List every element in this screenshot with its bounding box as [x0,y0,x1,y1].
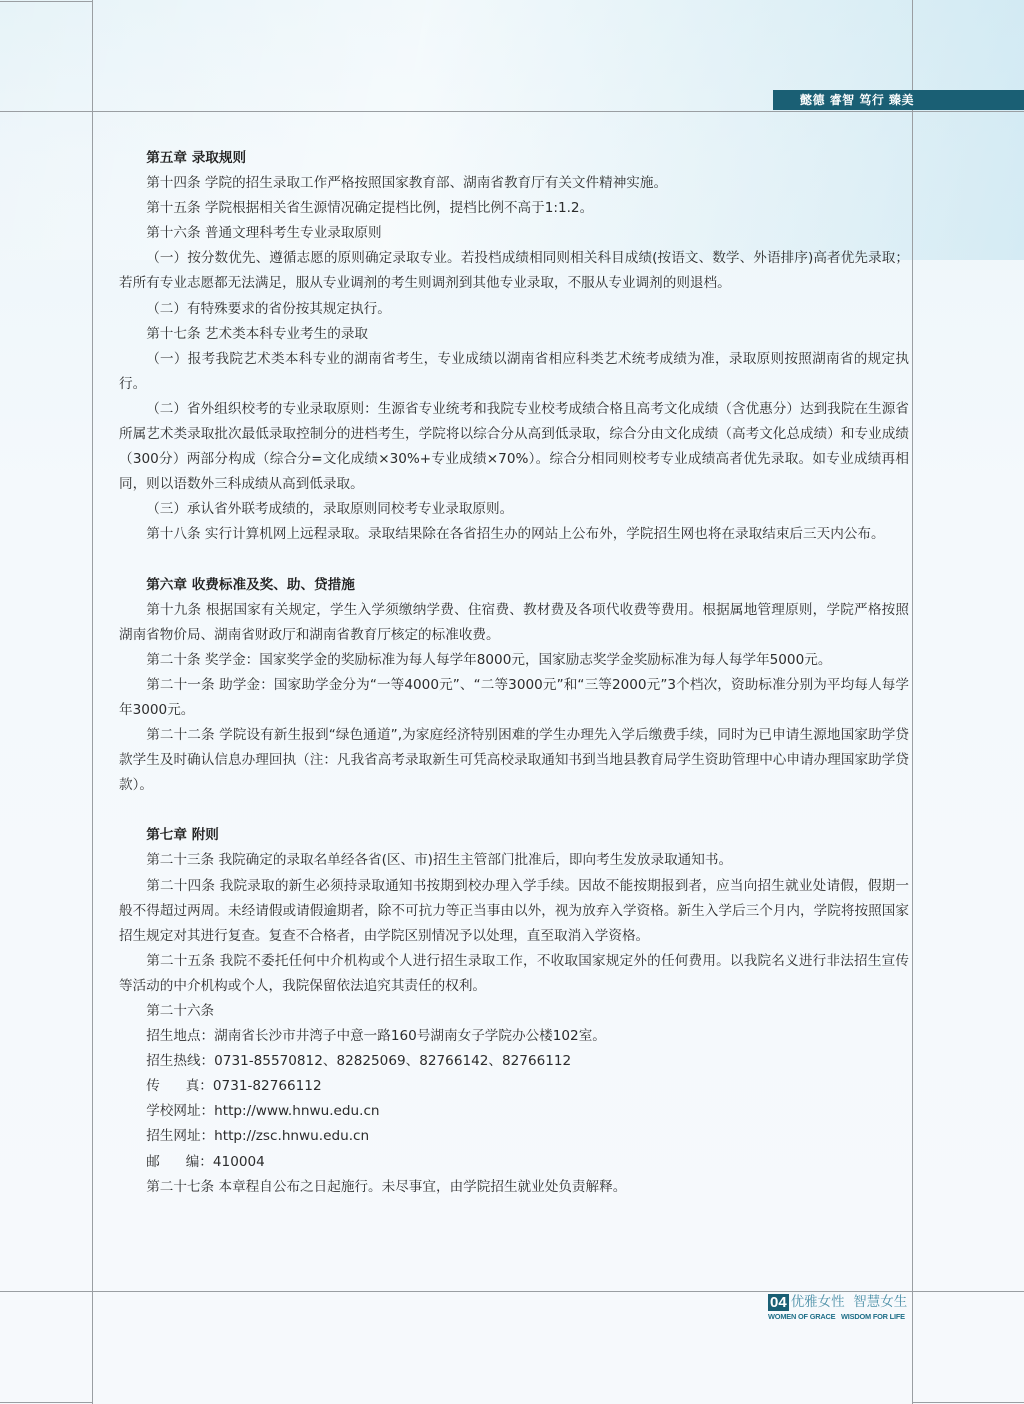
chapter-title: 第六章 收费标准及奖、助、贷措施 [119,573,909,598]
contact-value: 410004 [213,1150,265,1175]
section-gap [119,798,909,823]
article-paragraph: （一）按分数优先、遵循志愿的原则确定录取专业。若投档成绩相同则相关科目成绩(按语… [119,246,909,296]
contact-address: 招生地点： 湖南省长沙市井湾子中意一路160号湖南女子学院办公楼102室。 [119,1024,909,1049]
article-paragraph: 第十九条 根据国家有关规定，学生入学须缴纳学费、住宿费、教材费及各项代收费等费用… [119,598,909,648]
article-paragraph: 第二十一条 助学金：国家助学金分为“一等4000元”、“二等3000元”和“三等… [119,673,909,723]
contact-label: 招生网址： [146,1124,214,1149]
crop-line-bottom-edge-right [912,1402,1024,1403]
footer-slogan-cn: 优雅女性 智慧女生 [791,1294,908,1311]
contact-admission-website: 招生网址： http://zsc.hnwu.edu.cn [119,1124,909,1149]
crop-line-left [92,0,93,1404]
article-paragraph: 第十六条 普通文理科考生专业录取原则 [119,221,909,246]
crop-line-top [0,111,1024,112]
article-paragraph: 第二十三条 我院确定的录取名单经各省(区、市)招生主管部门批准后，即向考生发放录… [119,848,909,873]
contact-value: 0731-82766112 [213,1074,322,1099]
article-paragraph: （三）承认省外联考成绩的，录取原则同校考专业录取原则。 [119,497,909,522]
crop-line-right [912,0,913,1404]
crop-line-top-edge [0,1,92,2]
article-paragraph: 第十八条 实行计算机网上远程录取。录取结果除在各省招生办的网站上公布外，学院招生… [119,522,909,547]
contact-postcode: 邮 编： 410004 [119,1150,909,1175]
contact-value: 0731-85570812、82825069、82766142、82766112 [214,1049,571,1074]
contact-label: 招生地点： [146,1024,214,1049]
article-paragraph: 第二十六条 [119,999,909,1024]
article-paragraph: 第十四条 学院的招生录取工作严格按照国家教育部、湖南省教育厅有关文件精神实施。 [119,171,909,196]
contact-value: 湖南省长沙市井湾子中意一路160号湖南女子学院办公楼102室。 [214,1024,606,1049]
article-paragraph: 第十七条 艺术类本科专业考生的录取 [119,322,909,347]
article-paragraph: （二）有特殊要求的省份按其规定执行。 [119,297,909,322]
contact-label: 招生热线： [146,1049,214,1074]
chapter-title: 第五章 录取规则 [119,146,909,171]
page-footer: 04 优雅女性 智慧女生 WOMEN OF GRACE WISDOM FOR L… [768,1293,914,1321]
crop-line-bottom-edge [0,1402,92,1403]
article-paragraph: （二）省外组织校考的专业录取原则：生源省专业统考和我院专业校考成绩合格且高考文化… [119,397,909,497]
crop-line-bottom [0,1291,1024,1292]
page-number: 04 [768,1294,789,1311]
contact-label: 传 真： [146,1074,213,1099]
article-paragraph: 第二十条 奖学金：国家奖学金的奖励标准为每人每学年8000元，国家励志奖学金奖励… [119,648,909,673]
contact-value-link[interactable]: http://zsc.hnwu.edu.cn [214,1124,369,1149]
footer-slogan-en: WOMEN OF GRACE WISDOM FOR LIFE [768,1312,914,1321]
article-paragraph: 第二十五条 我院不委托任何中介机构或个人进行招生录取工作，不收取国家规定外的任何… [119,949,909,999]
contact-fax: 传 真： 0731-82766112 [119,1074,909,1099]
article-paragraph: 第二十七条 本章程自公布之日起施行。未尽事宜，由学院招生就业处负责解释。 [119,1175,909,1200]
chapter-title: 第七章 附则 [119,823,909,848]
article-paragraph: 第十五条 学院根据相关省生源情况确定提档比例，提档比例不高于1:1.2。 [119,196,909,221]
contact-label: 邮 编： [146,1150,213,1175]
section-gap [119,548,909,573]
contact-hotline: 招生热线： 0731-85570812、82825069、82766142、82… [119,1049,909,1074]
contact-school-website: 学校网址： http://www.hnwu.edu.cn [119,1099,909,1124]
contact-label: 学校网址： [146,1099,214,1124]
document-body: 第五章 录取规则 第十四条 学院的招生录取工作严格按照国家教育部、湖南省教育厅有… [119,146,909,1200]
motto-text: 懿德 睿智 笃行 臻美 [800,91,914,109]
contact-value-link[interactable]: http://www.hnwu.edu.cn [214,1099,379,1124]
article-paragraph: 第二十四条 我院录取的新生必须持录取通知书按期到校办理入学手续。因故不能按期报到… [119,874,909,949]
article-paragraph: （一）报考我院艺术类本科专业的湖南省考生，专业成绩以湖南省相应科类艺术统考成绩为… [119,347,909,397]
article-paragraph: 第二十二条 学院设有新生报到“绿色通道”,为家庭经济特别困难的学生办理先入学后缴… [119,723,909,798]
